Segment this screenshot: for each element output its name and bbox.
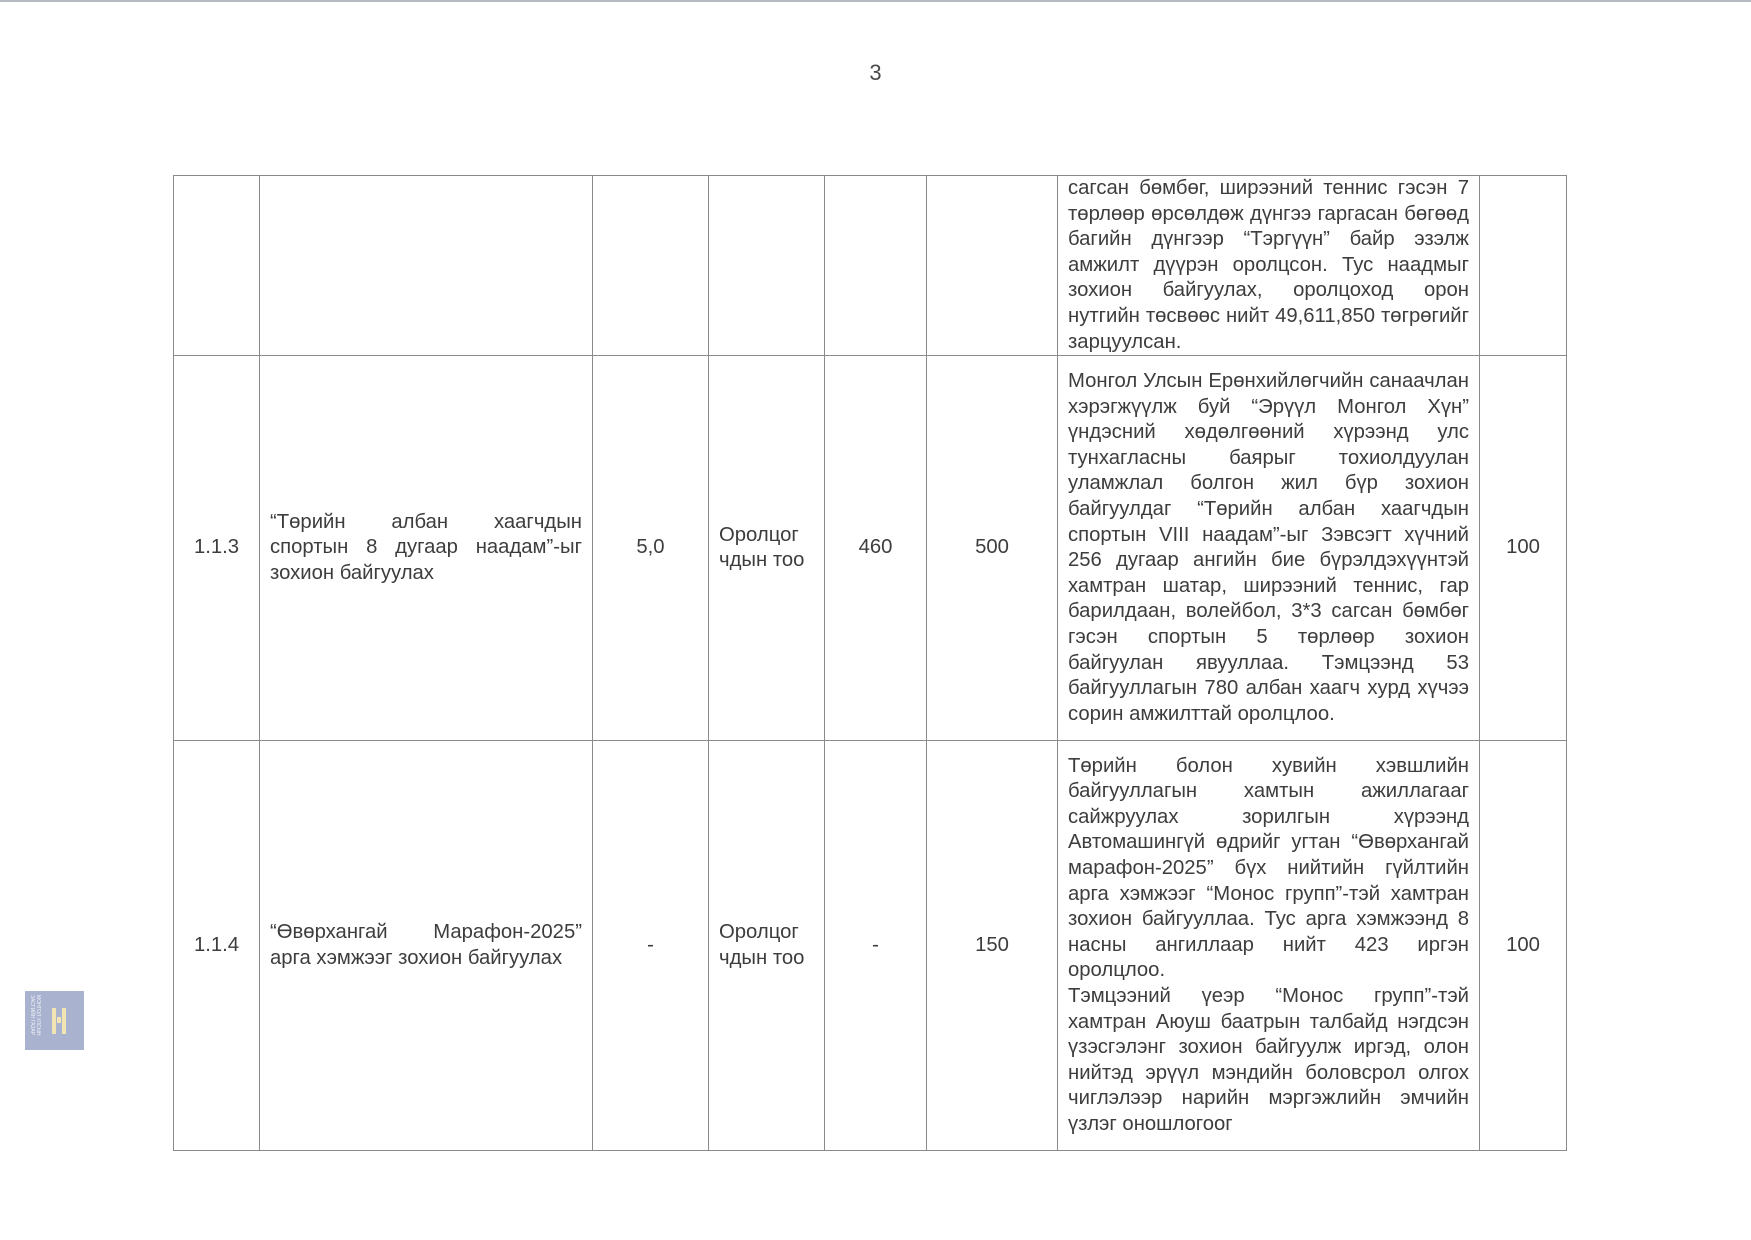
soyombo-emblem-icon — [52, 1008, 66, 1034]
cell-activity — [260, 176, 593, 356]
cell-budget: 5,0 — [593, 356, 709, 741]
cell-score — [1480, 176, 1567, 356]
table-row: сагсан бөмбөг, ширээний теннис гэсэн 7 т… — [174, 176, 1567, 356]
report-table: сагсан бөмбөг, ширээний теннис гэсэн 7 т… — [173, 175, 1567, 1151]
cell-activity: “Өвөрхангай Марафон-2025” арга хэмжээг з… — [260, 741, 593, 1151]
stamp-text: МОНГОЛ УЛСЫН ЗАСГИЙН ГАЗАР — [29, 995, 41, 1046]
cell-target: 150 — [927, 741, 1058, 1151]
cell-target: 500 — [927, 356, 1058, 741]
table-row: 1.1.4“Өвөрхангай Марафон-2025” арга хэмж… — [174, 741, 1567, 1151]
cell-code: 1.1.4 — [174, 741, 260, 1151]
table-body: сагсан бөмбөг, ширээний теннис гэсэн 7 т… — [174, 176, 1567, 1151]
cell-result: Монгол Улсын Ерөнхийлөгчийн санаачлан хэ… — [1058, 356, 1480, 741]
cell-score: 100 — [1480, 741, 1567, 1151]
cell-result: сагсан бөмбөг, ширээний теннис гэсэн 7 т… — [1058, 176, 1480, 356]
page-top-edge — [0, 0, 1751, 2]
cell-budget: - — [593, 741, 709, 1151]
cell-baseline — [825, 176, 927, 356]
result-paragraph: Монгол Улсын Ерөнхийлөгчийн санаачлан хэ… — [1068, 369, 1469, 727]
cell-activity: “Төрийн албан хаагчдын спортын 8 дугаар … — [260, 356, 593, 741]
cell-budget — [593, 176, 709, 356]
cell-unit: Оролцог чдын тоо — [709, 356, 825, 741]
cell-baseline: 460 — [825, 356, 927, 741]
cell-target — [927, 176, 1058, 356]
table-row: 1.1.3“Төрийн албан хаагчдын спортын 8 ду… — [174, 356, 1567, 741]
result-paragraph: Тэмцээний үеэр “Монос групп”-тэй хамтран… — [1068, 984, 1469, 1138]
cell-baseline: - — [825, 741, 927, 1151]
government-stamp: МОНГОЛ УЛСЫН ЗАСГИЙН ГАЗАР — [25, 991, 84, 1050]
report-table-container: сагсан бөмбөг, ширээний теннис гэсэн 7 т… — [173, 175, 1567, 1151]
cell-result: Төрийн болон хувийн хэвшлийн байгууллагы… — [1058, 741, 1480, 1151]
cell-code — [174, 176, 260, 356]
cell-unit — [709, 176, 825, 356]
cell-score: 100 — [1480, 356, 1567, 741]
result-paragraph: сагсан бөмбөг, ширээний теннис гэсэн 7 т… — [1068, 176, 1469, 355]
cell-code: 1.1.3 — [174, 356, 260, 741]
result-paragraph: Төрийн болон хувийн хэвшлийн байгууллагы… — [1068, 754, 1469, 984]
cell-unit: Оролцог чдын тоо — [709, 741, 825, 1151]
page-number: 3 — [0, 60, 1751, 86]
